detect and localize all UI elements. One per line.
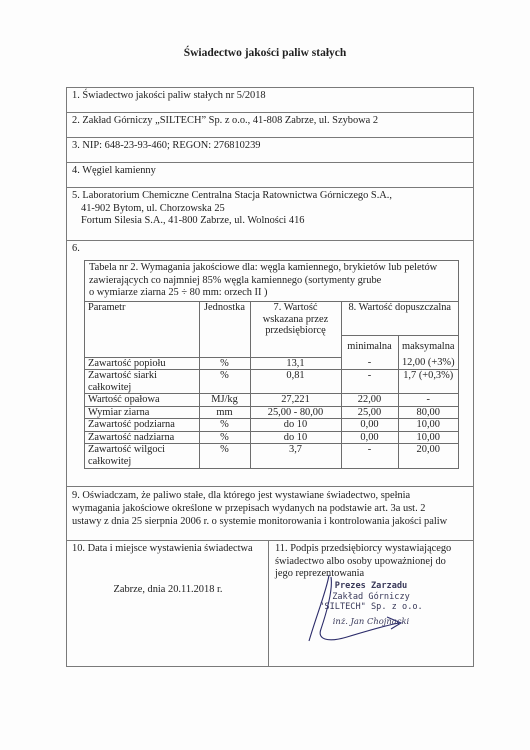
cell-max: 12,00 (+3%) [398, 357, 458, 370]
stamp-line-1: Prezes Zarzadu [269, 581, 473, 592]
company-stamp: Prezes Zarzadu Zakład Górniczy "SILTECH"… [269, 581, 473, 626]
cell-parameter: Wymiar ziarna [85, 406, 199, 419]
stamp-line-2: Zakład Górniczy [269, 592, 473, 603]
cell-declared: do 10 [250, 419, 341, 432]
cell-unit: % [199, 357, 250, 370]
cell-unit: % [199, 431, 250, 444]
cell-parameter: Zawartość wilgoci całkowitej [85, 444, 199, 468]
table-row: Zawartość wilgoci całkowitej%3,7-20,00 [85, 444, 458, 468]
cell-min: - [341, 370, 398, 394]
table-row: Zawartość nadziarna%do 100,0010,00 [85, 431, 458, 444]
header-declared-value: 7. Wartość wskazana przez przedsiębiorcę [250, 302, 341, 357]
field-laboratory: 5. Laboratorium Chemiczne Centralna Stac… [67, 188, 473, 241]
field-declaration: 9. Oświadczam, że paliwo stałe, dla któr… [67, 487, 473, 541]
caption-line-2: zawierających co najmniej 85% węgla kami… [89, 275, 454, 288]
cell-unit: % [199, 444, 250, 468]
table-row: Zawartość popiołu%13,1-12,00 (+3%) [85, 357, 458, 370]
cell-min: - [341, 357, 398, 370]
cell-unit: MJ/kg [199, 394, 250, 407]
declaration-line-1: 9. Oświadczam, że paliwo stałe, dla któr… [72, 489, 468, 502]
table-row: Wartość opałowaMJ/kg27,22122,00- [85, 394, 458, 407]
cell-declared: 0,81 [250, 370, 341, 394]
document-title: Świadectwo jakości paliw stałych [0, 47, 530, 59]
cell-max: 10,00 [398, 431, 458, 444]
issue-date-value: Zabrze, dnia 20.11.2018 r. [67, 584, 269, 597]
field-tax-ids: 3. NIP: 648-23-93-460; REGON: 276810239 [67, 138, 473, 163]
header-parameter: Parametr [85, 302, 199, 357]
cell-max: 20,00 [398, 444, 458, 468]
certificate-form: 1. Świadectwo jakości paliw stałych nr 5… [66, 87, 474, 667]
section-6-label: 6. [72, 243, 80, 254]
cell-min: 0,00 [341, 419, 398, 432]
declaration-line-3: ustawy z dnia 25 sierpnia 2006 r. o syst… [72, 515, 468, 528]
requirements-grid: Parametr Jednostka 7. Wartość wskazana p… [85, 302, 458, 468]
field-date-signature: 10. Data i miejsce wystawienia świadectw… [67, 541, 473, 667]
laboratory-line-2: 41-902 Bytom, ul. Chorzowska 25 [72, 203, 468, 216]
cell-max: - [398, 394, 458, 407]
header-min: minimalna [341, 335, 398, 357]
field-quality-table: 6. Tabela nr 2. Wymagania jakościowe dla… [67, 241, 473, 487]
stamp-line-4: inż. Jan Chojnacki [269, 616, 473, 627]
caption-line-1: Tabela nr 2. Wymagania jakościowe dla: w… [89, 262, 454, 275]
cell-parameter: Wartość opałowa [85, 394, 199, 407]
table-caption: Tabela nr 2. Wymagania jakościowe dla: w… [85, 261, 458, 302]
cell-unit: % [199, 419, 250, 432]
cell-max: 10,00 [398, 419, 458, 432]
cell-parameter: Zawartość nadziarna [85, 431, 199, 444]
cell-parameter: Zawartość podziarna [85, 419, 199, 432]
field-company: 2. Zakład Górniczy „SILTECH” Sp. z o.o.,… [67, 113, 473, 138]
issue-date-cell: 10. Data i miejsce wystawienia świadectw… [67, 541, 269, 666]
declaration-line-2: wymagania jakościowe określone w przepis… [72, 502, 468, 515]
signature-label-1: 11. Podpis przedsiębiorcy wystawiającego [275, 543, 467, 556]
cell-declared: do 10 [250, 431, 341, 444]
cell-min: 22,00 [341, 394, 398, 407]
caption-line-3: o wymiarze ziarna 25 ÷ 80 mm: orzech II … [89, 287, 454, 300]
cell-min: 0,00 [341, 431, 398, 444]
cell-declared: 3,7 [250, 444, 341, 468]
cell-declared: 27,221 [250, 394, 341, 407]
cell-max: 80,00 [398, 406, 458, 419]
signature-cell: 11. Podpis przedsiębiorcy wystawiającego… [269, 541, 473, 666]
cell-declared: 13,1 [250, 357, 341, 370]
laboratory-line-1: 5. Laboratorium Chemiczne Centralna Stac… [72, 190, 468, 203]
field-fuel-type: 4. Węgiel kamienny [67, 163, 473, 188]
cell-unit: mm [199, 406, 250, 419]
table-row: Wymiar ziarnamm25,00 - 80,0025,0080,00 [85, 406, 458, 419]
cell-parameter: Zawartość siarki całkowitej [85, 370, 199, 394]
header-max: maksymalna [398, 335, 458, 357]
cell-unit: % [199, 370, 250, 394]
header-unit: Jednostka [199, 302, 250, 357]
cell-declared: 25,00 - 80,00 [250, 406, 341, 419]
signature-label-2: świadectwo albo osoby upoważnionej do [275, 556, 467, 569]
requirements-table: Tabela nr 2. Wymagania jakościowe dla: w… [84, 260, 459, 469]
stamp-line-3: "SILTECH" Sp. z o.o. [269, 602, 473, 613]
field-certificate-number: 1. Świadectwo jakości paliw stałych nr 5… [67, 88, 473, 113]
header-allowed-value: 8. Wartość dopuszczalna [341, 302, 458, 335]
cell-max: 1,7 (+0,3%) [398, 370, 458, 394]
signature-label-3: jego reprezentowania [275, 568, 467, 581]
cell-min: - [341, 444, 398, 468]
cell-parameter: Zawartość popiołu [85, 357, 199, 370]
issue-date-label: 10. Data i miejsce wystawienia świadectw… [72, 543, 263, 556]
laboratory-line-3: Fortum Silesia S.A., 41-800 Zabrze, ul. … [72, 215, 468, 228]
cell-min: 25,00 [341, 406, 398, 419]
table-row: Zawartość podziarna%do 100,0010,00 [85, 419, 458, 432]
table-row: Zawartość siarki całkowitej%0,81-1,7 (+0… [85, 370, 458, 394]
